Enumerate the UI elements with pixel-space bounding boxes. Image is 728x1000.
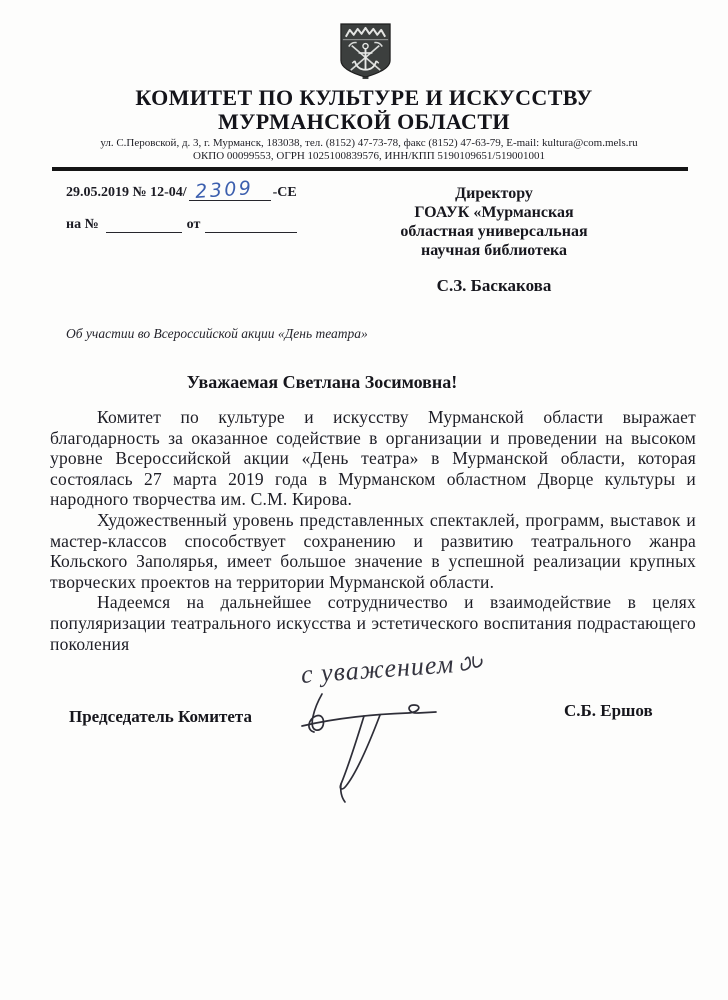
subject-line: Об участии во Всероссийской акции «День …	[66, 326, 368, 342]
addressee-line: научная библиотека	[370, 241, 618, 260]
reference-number-blank: 2309	[189, 184, 271, 201]
addressee-line: ГОАУК «Мурманская	[370, 203, 618, 222]
murmansk-coat-of-arms-icon	[339, 23, 392, 80]
signature-scribble	[296, 686, 451, 804]
handwritten-closing-text: с уважением	[300, 649, 455, 689]
org-registry-line: ОКПО 00099553, ОГРН 1025100839576, ИНН/К…	[10, 150, 728, 162]
body-paragraph: Надеемся на дальнейшее сотрудничество и …	[50, 592, 696, 654]
addressee-line: областная универсальная	[370, 222, 618, 241]
reply-reference-line: на № от	[66, 216, 297, 233]
reply-number-blank	[106, 216, 182, 233]
reply-to-label: на №	[66, 217, 99, 233]
handwritten-reference-number: 2309	[194, 177, 254, 203]
addressee-block: Директору ГОАУК «Мурманская областная ун…	[370, 184, 618, 260]
letter-body: Комитет по культуре и искусству Мурманск…	[50, 407, 696, 654]
org-contact-line: ул. С.Перовской, д. 3, г. Мурманск, 1830…	[10, 137, 728, 149]
letter-page: КОМИТЕТ ПО КУЛЬТУРЕ И ИСКУССТВУ МУРМАНСК…	[0, 0, 728, 1000]
signatory-name: С.Б. Ершов	[564, 701, 653, 721]
outgoing-reference-line: 29.05.2019 № 12-04/ 2309 -СЕ	[66, 184, 297, 201]
pen-flourish-icon	[457, 646, 489, 678]
reply-from-label: от	[187, 217, 201, 233]
header-divider-rule	[52, 167, 688, 171]
org-name-line1: КОМИТЕТ ПО КУЛЬТУРЕ И ИСКУССТВУ	[0, 85, 728, 111]
org-name-line2: МУРМАНСКОЙ ОБЛАСТИ	[0, 109, 728, 135]
addressee-name: С.З. Баскакова	[370, 276, 618, 296]
addressee-line: Директору	[370, 184, 618, 203]
body-paragraph: Художественный уровень представленных сп…	[50, 510, 696, 592]
body-paragraph: Комитет по культуре и искусству Мурманск…	[50, 407, 696, 510]
signatory-position: Председатель Комитета	[69, 707, 252, 727]
reply-date-blank	[205, 216, 297, 233]
reference-number-suffix: -СЕ	[273, 185, 297, 201]
outgoing-date-number: 29.05.2019 № 12-04/	[66, 185, 187, 201]
salutation: Уважаемая Светлана Зосимовна!	[112, 372, 532, 393]
